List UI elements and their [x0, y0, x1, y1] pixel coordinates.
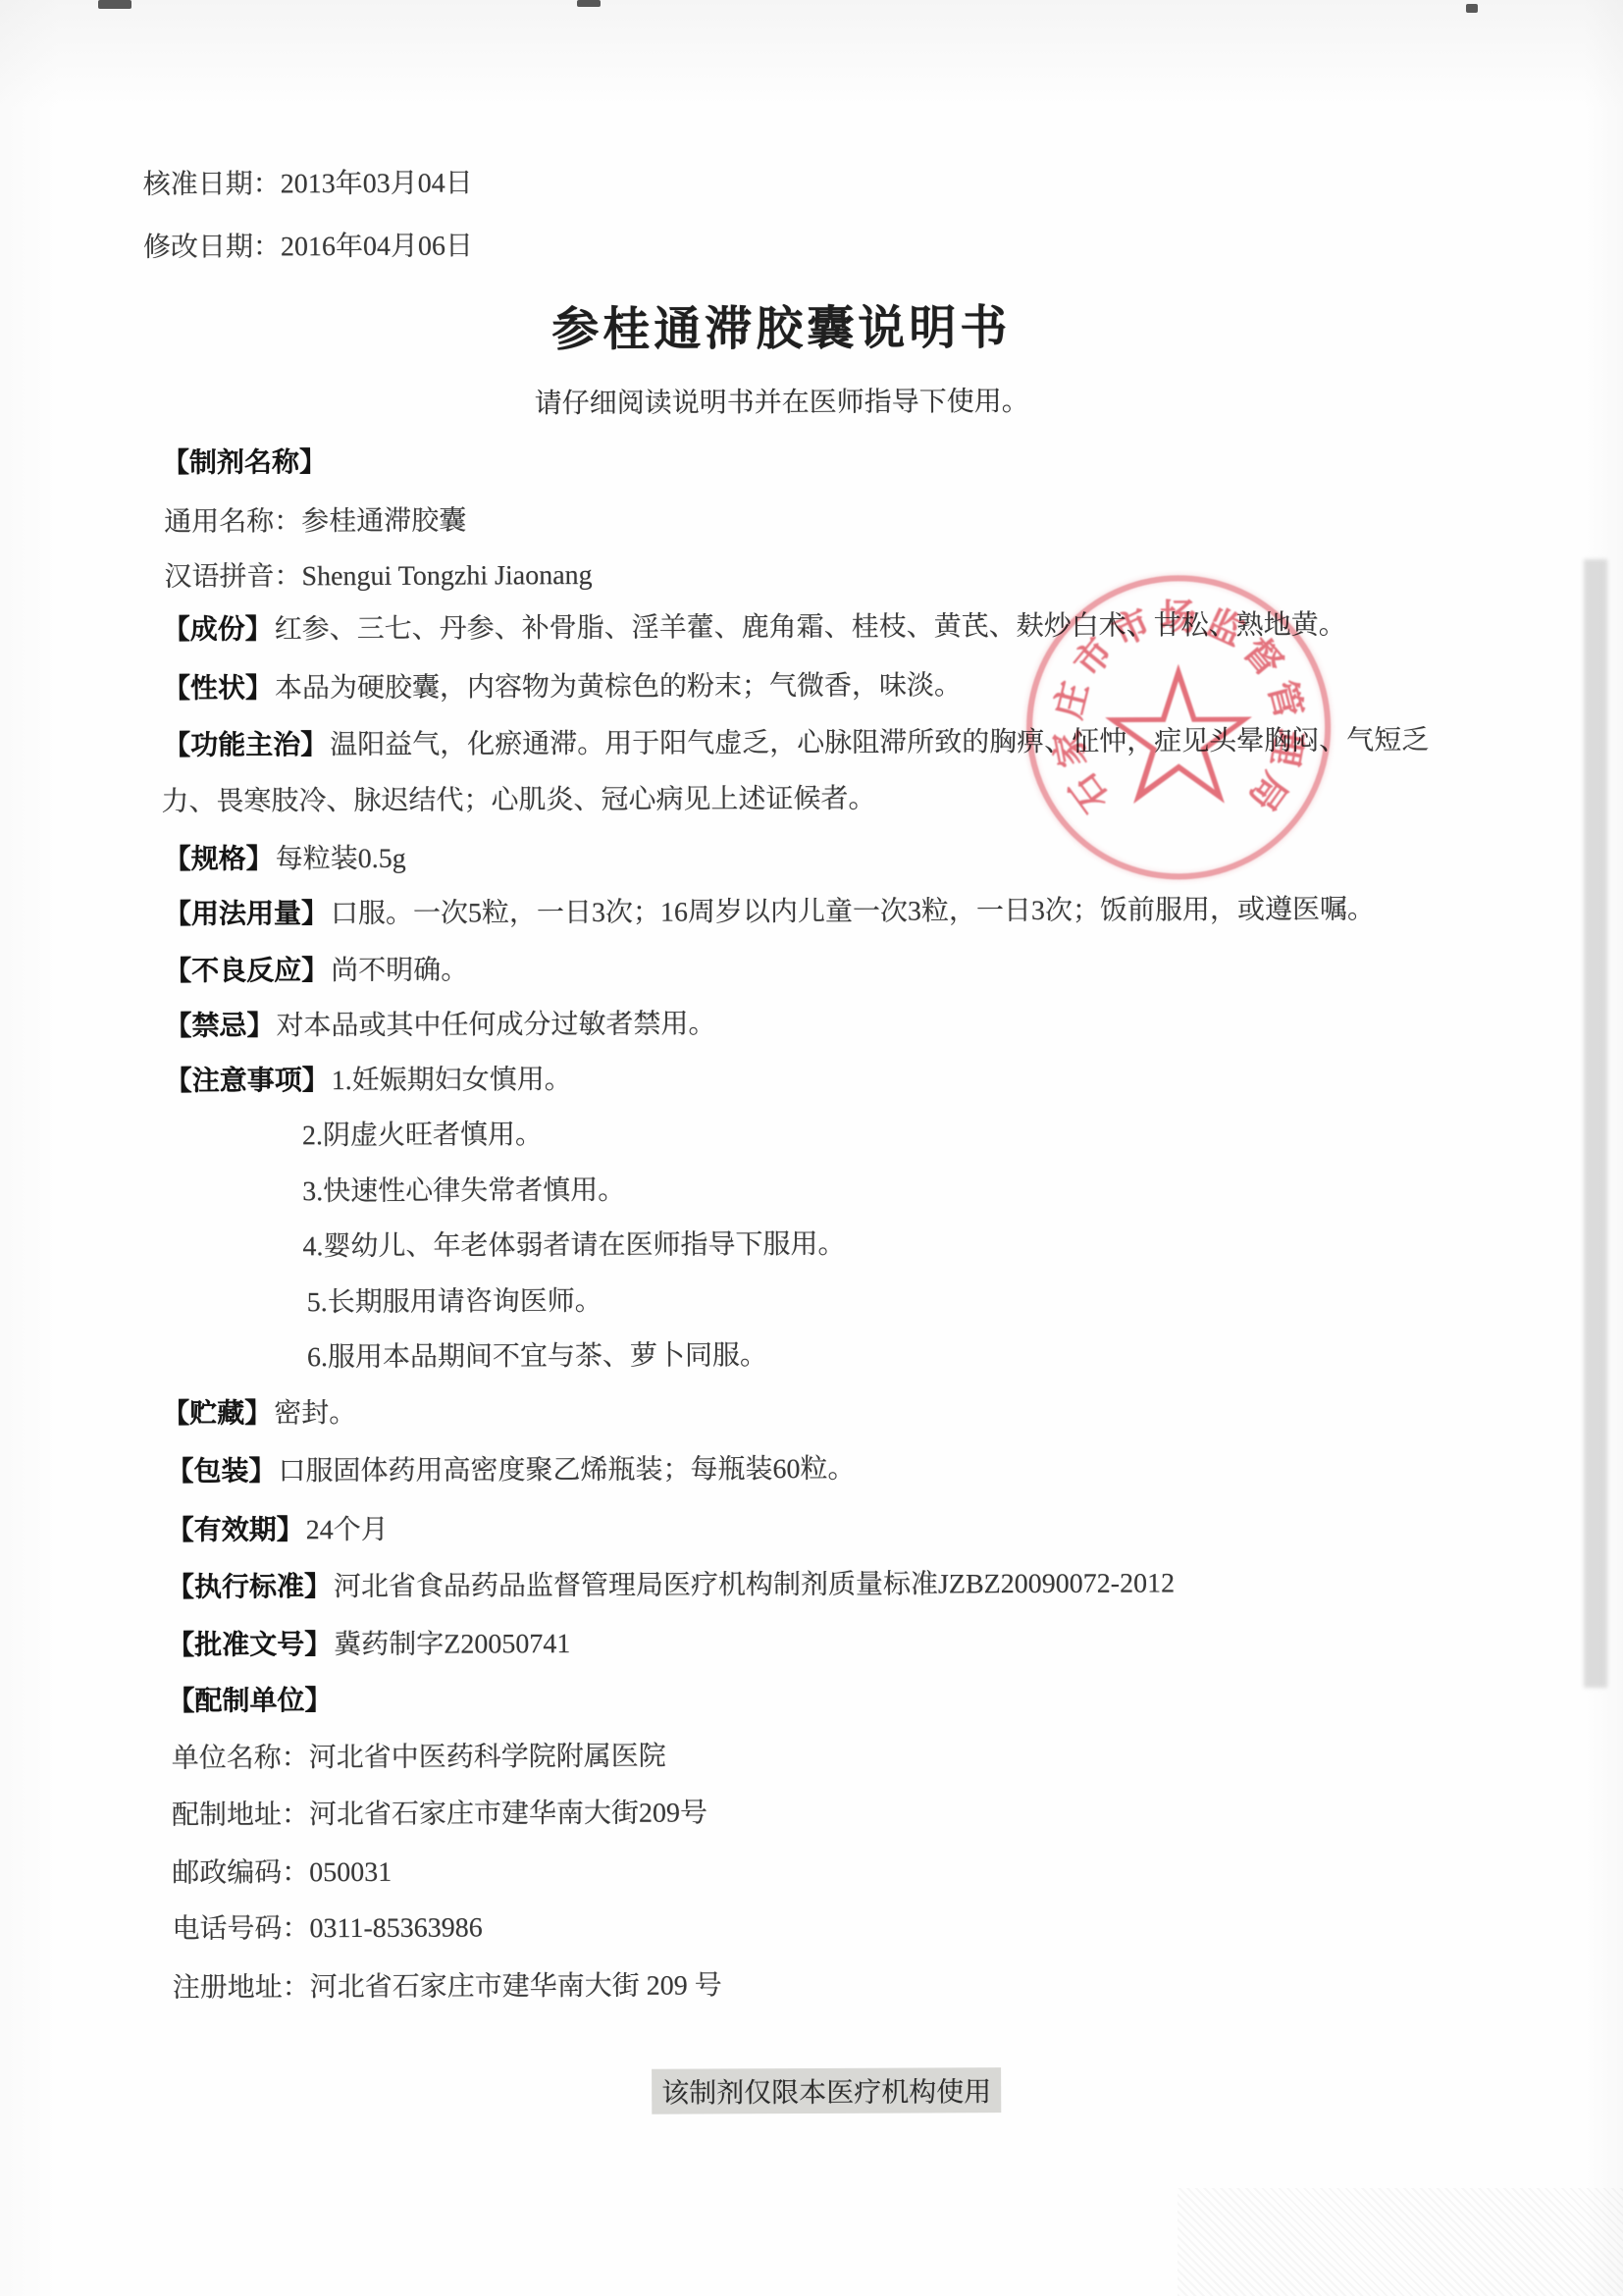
precaution-item-2: 2.阴虚火旺者慎用。	[302, 1118, 543, 1154]
section-text: 单位名称：河北省中医药科学院附属医院	[172, 1742, 666, 1774]
revision-date-value: 2016年04月06日	[281, 231, 473, 262]
scan-artifact-texture	[1178, 2188, 1623, 2296]
section-adverse-reactions: 【不良反应】尚不明确。	[164, 954, 468, 990]
stamp-character: 石	[1055, 764, 1119, 825]
revision-date: 修改日期：2016年04月06日	[143, 229, 473, 265]
section-text: 5.长期服用请咨询医师。	[307, 1286, 602, 1318]
section-label: 【功能主治】	[163, 730, 328, 761]
section-text: 密封。	[274, 1398, 356, 1429]
revision-date-label: 修改日期：	[143, 232, 281, 263]
section-label: 【不良反应】	[164, 956, 329, 987]
section-label: 【规格】	[164, 844, 274, 874]
section-label: 【贮藏】	[162, 1398, 272, 1429]
section-text: 对本品或其中任何成分过敏者禁用。	[276, 1009, 715, 1041]
section-text: 口服固体药用高密度聚乙烯瓶装；每瓶装60粒。	[278, 1454, 855, 1487]
section-text: 口服。一次5粒，一日3次；16周岁以内儿童一次3粒，一日3次；饭前服用，或遵医嘱…	[331, 894, 1375, 929]
section-text: 河北省食品药品监督管理局医疗机构制剂质量标准JZBZ20090072-2012	[334, 1568, 1175, 1602]
section-label: 【执行标准】	[167, 1572, 332, 1603]
section-text: 邮政编码：050031	[172, 1857, 392, 1889]
section-label: 【用法用量】	[164, 899, 329, 930]
section-label: 【有效期】	[167, 1515, 304, 1546]
section-specification: 【规格】每粒装0.5g	[164, 842, 406, 878]
section-label: 【禁忌】	[164, 1011, 274, 1041]
line-generic-name: 通用名称：参桂通滞胶囊	[162, 504, 466, 541]
scan-artifact-speck	[98, 0, 131, 9]
section-label: 【配制单位】	[167, 1686, 332, 1717]
approval-date-label: 核准日期：	[143, 169, 281, 200]
precaution-item-5: 5.长期服用请咨询医师。	[307, 1284, 602, 1321]
section-text: 通用名称：参桂通滞胶囊	[164, 506, 466, 538]
section-text: 汉语拼音：Shengui Tongzhi Jiaonang	[164, 560, 592, 593]
section-storage: 【贮藏】密封。	[162, 1396, 356, 1433]
section-validity: 【有效期】24个月	[167, 1513, 389, 1549]
approval-date-value: 2013年03月04日	[281, 168, 473, 199]
page-title: 参桂通滞胶囊说明书	[161, 287, 1401, 361]
line-registered-address: 注册地址：河北省石家庄市建华南大街 209 号	[173, 1968, 722, 2006]
precaution-item-4: 4.婴幼儿、年老体弱者请在医师指导下服用。	[302, 1227, 845, 1265]
section-ingredients: 【成份】红参、三七、丹参、补骨脂、淫羊藿、鹿角霜、桂枝、黄芪、麸炒白术、甘松、熟…	[163, 608, 1346, 649]
section-text: 力、畏寒肢冷、脉迟结代；心肌炎、冠心病见上述证候者。	[161, 784, 875, 817]
line-preparation-address: 配制地址：河北省石家庄市建华南大街209号	[172, 1796, 707, 1833]
stamp-character: 局	[1239, 763, 1303, 824]
section-text: 每粒装0.5g	[276, 844, 406, 875]
section-packaging: 【包装】口服固体药用高密度聚乙烯瓶装；每瓶装60粒。	[166, 1452, 855, 1490]
precaution-item-3: 3.快速性心律失常者慎用。	[302, 1174, 625, 1210]
section-label: 【批准文号】	[167, 1630, 332, 1661]
section-text: 配制地址：河北省石家庄市建华南大街209号	[172, 1798, 707, 1830]
section-label: 【性状】	[163, 673, 273, 704]
section-label: 【制剂名称】	[162, 447, 327, 479]
section-text: 本品为硬胶囊，内容物为黄棕色的粉末；气微香，味淡。	[275, 670, 962, 704]
section-text: 红参、三七、丹参、补骨脂、淫羊藿、鹿角霜、桂枝、黄芪、麸炒白术、甘松、熟地黄。	[275, 610, 1346, 646]
precaution-item-6: 6.服用本品期间不宜与茶、萝卜同服。	[307, 1338, 767, 1376]
section-functions: 【功能主治】温阳益气，化瘀通滞。用于阳气虚乏，心脉阻滞所致的胸痹、怔忡，症见头晕…	[163, 723, 1429, 764]
section-contraindications: 【禁忌】对本品或其中任何成分过敏者禁用。	[164, 1007, 715, 1044]
section-text: 3.快速性心律失常者慎用。	[302, 1175, 625, 1207]
section-text: 1.妊娠期妇女慎用。	[332, 1065, 572, 1096]
scan-artifact-speck	[577, 0, 601, 7]
stamp-text-arc: 石家庄市市场监督管理局	[1025, 575, 1330, 576]
section-preparation-unit: 【配制单位】	[167, 1684, 334, 1720]
section-label: 【包装】	[166, 1456, 276, 1487]
scan-artifact-band	[1584, 559, 1607, 1688]
section-label: 【注意事项】	[165, 1066, 330, 1097]
footer-restriction-text: 该制剂仅限本医疗机构使用	[661, 2077, 991, 2109]
section-standard: 【执行标准】河北省食品药品监督管理局医疗机构制剂质量标准JZBZ20090072…	[167, 1566, 1175, 1605]
section-text: 4.婴幼儿、年老体弱者请在医师指导下服用。	[302, 1229, 845, 1262]
section-label: 【成份】	[163, 614, 273, 645]
stamp-character: 庄	[1038, 675, 1098, 723]
section-text: 电话号码：0311-85363986	[172, 1912, 482, 1944]
footer-restriction: 该制剂仅限本医疗机构使用	[652, 2067, 1001, 2114]
document-page: 核准日期：2013年03月04日 修改日期：2016年04月06日 参桂通滞胶囊…	[0, 0, 1623, 2296]
section-text: 2.阴虚火旺者慎用。	[302, 1120, 543, 1151]
section-precautions: 【注意事项】1.妊娠期妇女慎用。	[165, 1063, 572, 1100]
usage-notice: 请仔细阅读说明书并在医师指导下使用。	[162, 378, 1402, 423]
line-unit-name: 单位名称：河北省中医药科学院附属医院	[172, 1740, 666, 1777]
section-properties: 【性状】本品为硬胶囊，内容物为黄棕色的粉末；气微香，味淡。	[163, 668, 962, 707]
section-text: 注册地址：河北省石家庄市建华南大街 209 号	[173, 1970, 722, 2003]
section-text: 6.服用本品期间不宜与茶、萝卜同服。	[307, 1340, 767, 1373]
section-dosage: 【用法用量】口服。一次5粒，一日3次；16周岁以内儿童一次3粒，一日3次；饭前服…	[164, 892, 1375, 932]
section-approval-number: 【批准文号】冀药制字Z20050741	[167, 1627, 570, 1664]
section-text: 冀药制字Z20050741	[334, 1629, 570, 1660]
scan-artifact-speck	[1466, 4, 1478, 13]
stamp-character: 管	[1259, 674, 1320, 722]
line-postal-code: 邮政编码：050031	[172, 1855, 392, 1892]
approval-date: 核准日期：2013年03月04日	[143, 166, 473, 202]
section-text: 温阳益气，化瘀通滞。用于阳气虚乏，心脉阻滞所致的胸痹、怔忡，症见头晕胸闷、气短乏	[330, 725, 1429, 760]
line-pinyin: 汉语拼音：Shengui Tongzhi Jiaonang	[162, 558, 592, 596]
section-preparation-name: 【制剂名称】	[162, 445, 329, 482]
section-text: 尚不明确。	[331, 956, 468, 987]
line-phone-number: 电话号码：0311-85363986	[172, 1910, 482, 1947]
section-text: 24个月	[306, 1515, 389, 1545]
scan-content: 核准日期：2013年03月04日 修改日期：2016年04月06日 参桂通滞胶囊…	[0, 0, 1623, 2296]
section-functions-cont: 力、畏寒肢冷、脉迟结代；心肌炎、冠心病见上述证候者。	[159, 782, 875, 820]
